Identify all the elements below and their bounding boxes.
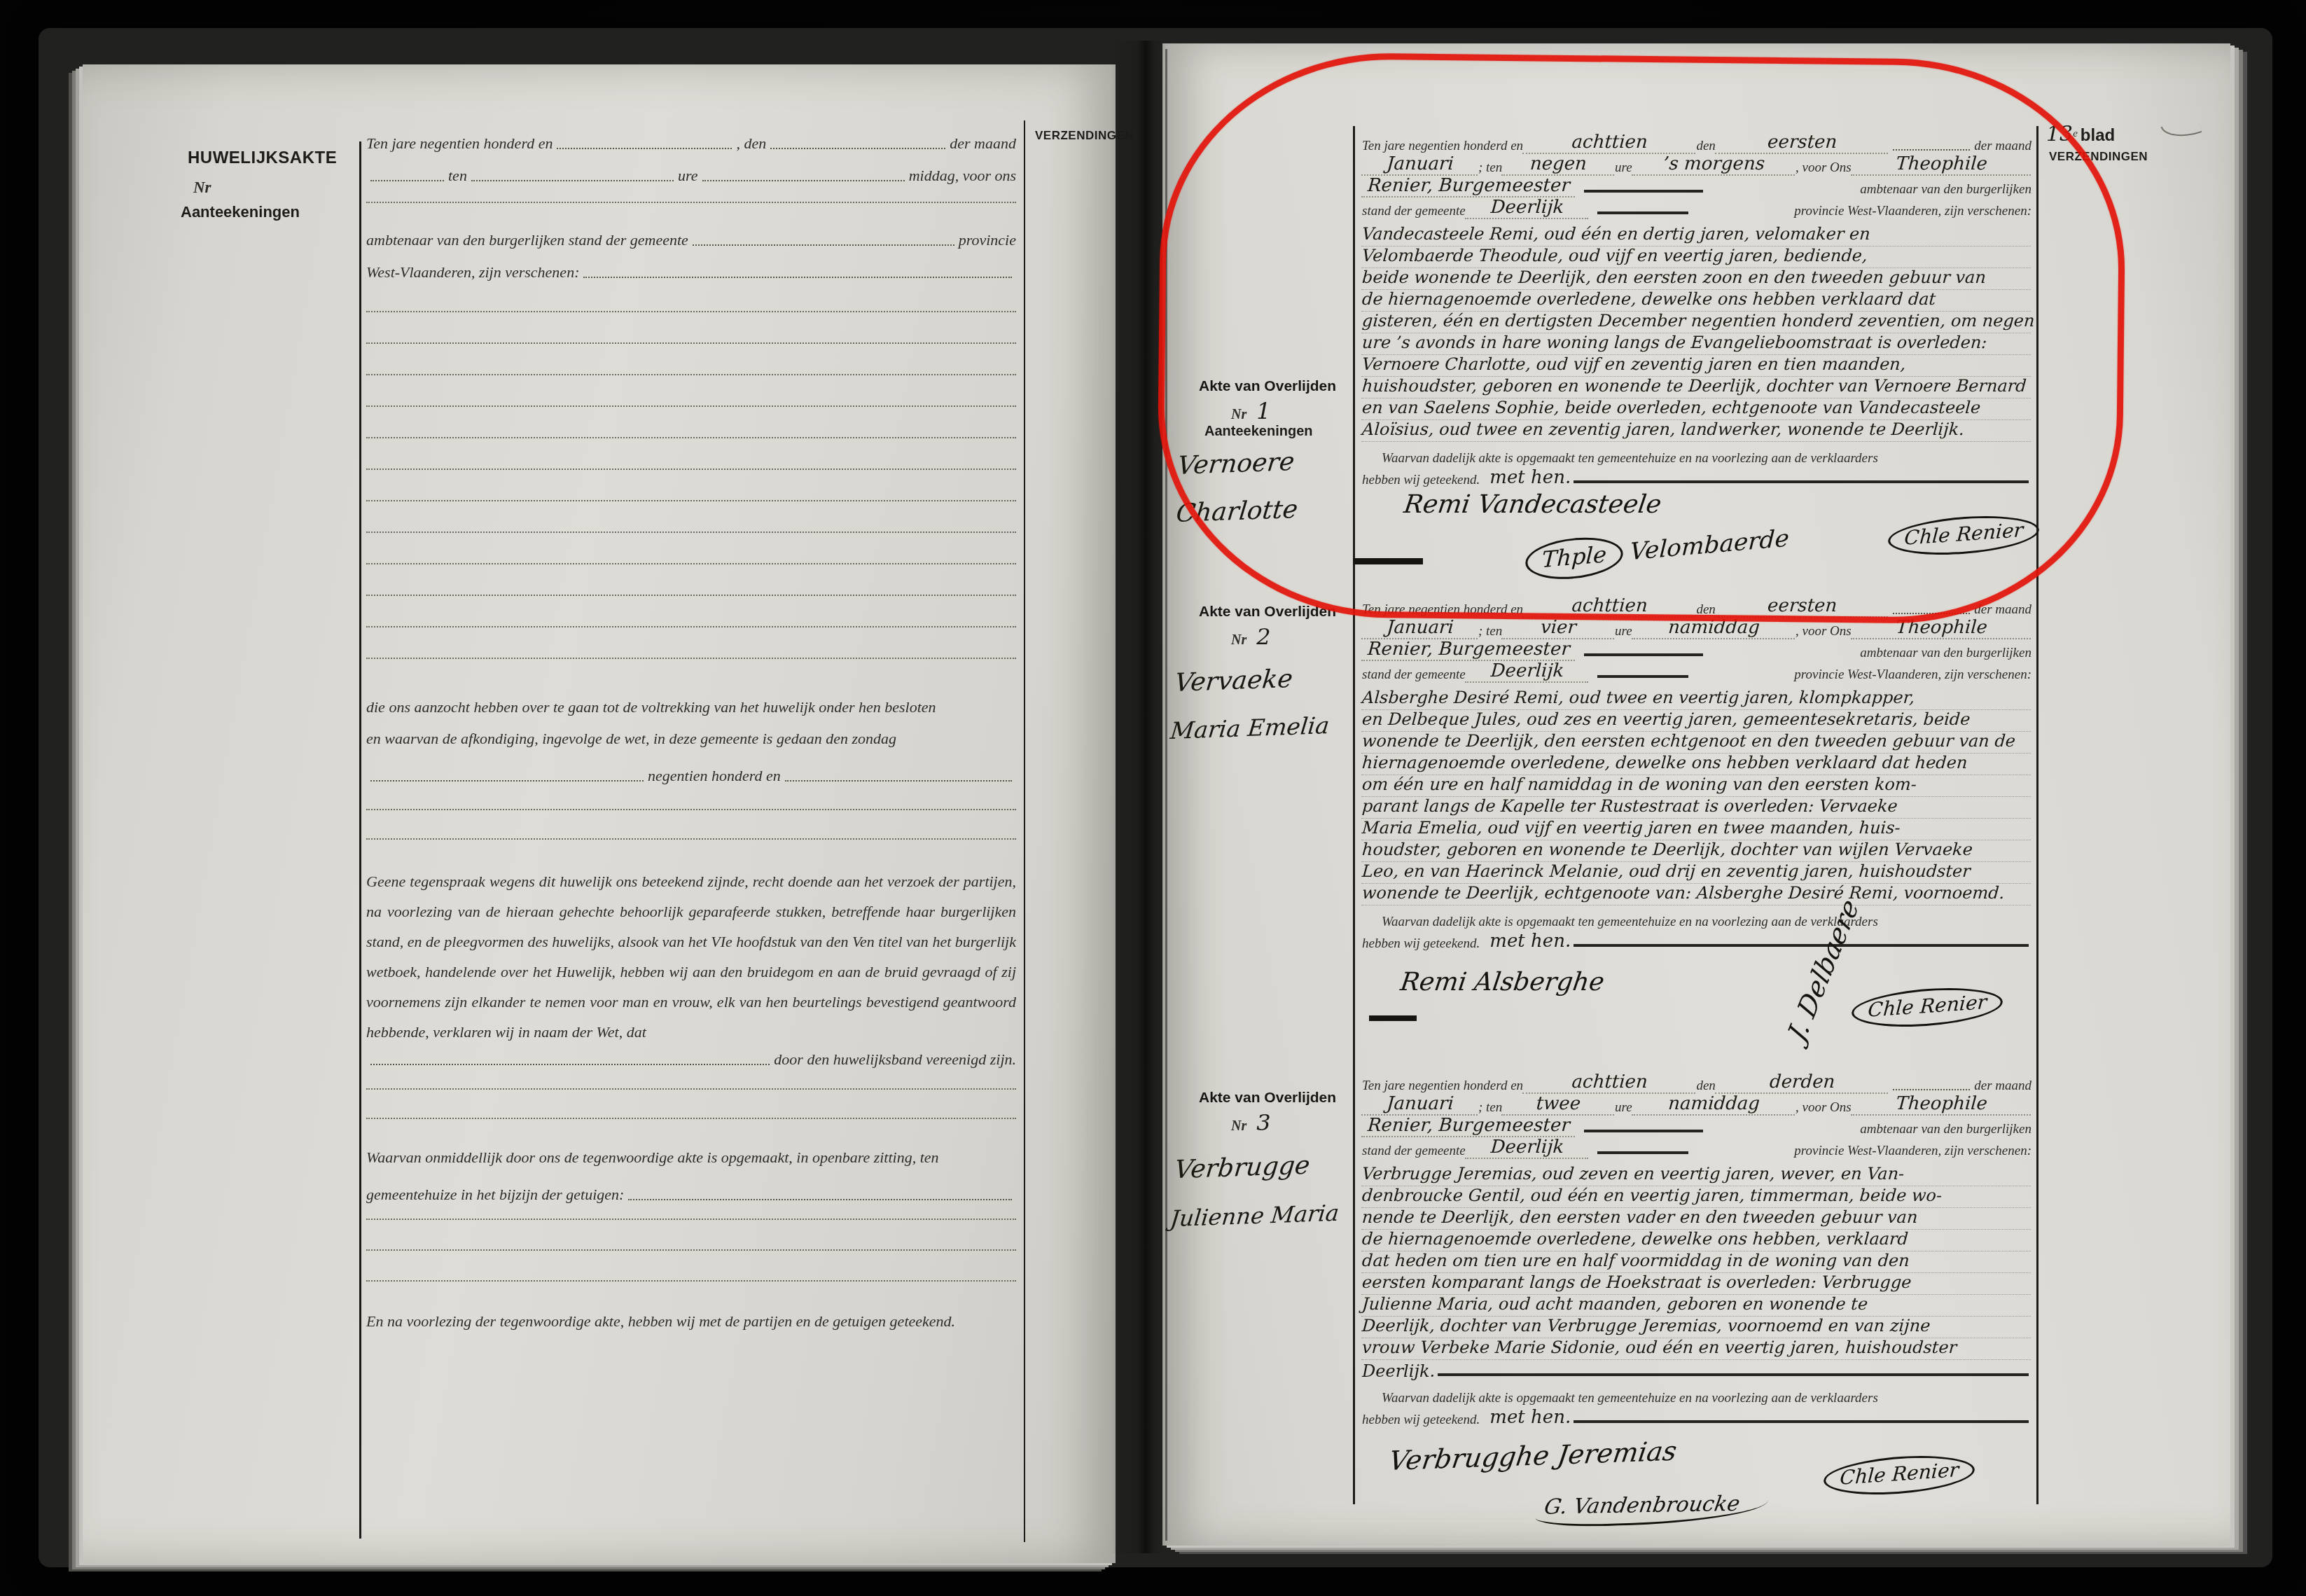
blank-line xyxy=(366,405,1016,407)
hw-body-line: denbroucke Gentil, oud één en veertig ja… xyxy=(1361,1186,2032,1208)
hw-body-line: Verbrugge Jeremias, oud zeven en veertig… xyxy=(1361,1164,2032,1186)
ink-strike xyxy=(1597,1151,1688,1154)
hw-body-line: Deerlijk. xyxy=(1362,1361,1435,1381)
nr-value: 3 xyxy=(1256,1109,1270,1136)
printed-text: ure xyxy=(1615,624,1632,639)
record-closing-line: Waarvan dadelijk akte is opgemaakt ten g… xyxy=(1362,1385,2031,1406)
printed-text: provincie West-Vlaanderen, zijn verschen… xyxy=(1794,667,2031,683)
nr-label: Nr xyxy=(1231,1118,1246,1134)
ink-strike xyxy=(1584,653,1703,656)
nr-value: 2 xyxy=(1256,623,1270,650)
record2-margin-name: Vervaeke xyxy=(1173,665,1293,698)
form-text: ten xyxy=(448,167,467,185)
sheet-number-word: blad xyxy=(2081,126,2115,145)
blank-field xyxy=(370,1064,770,1065)
printed-text: stand der gemeente xyxy=(1362,1144,1466,1159)
record3-margin-name: Julienne Maria xyxy=(1169,1200,1340,1232)
record2-margin-name: Maria Emelia xyxy=(1169,712,1331,744)
form-text: West-Vlaanderen, zijn verschenen: xyxy=(366,263,579,282)
hw-body-line: hiernagenoemde overledene, dewelke ons h… xyxy=(1361,753,2032,775)
form-text: middag, voor ons xyxy=(909,167,1016,185)
hw-official: Renier, Burgemeester xyxy=(1361,1115,1576,1137)
printed-text: ambtenaar van den burgerlijken xyxy=(1860,1122,2031,1137)
signature-declarant: Verbrugghe Jeremias xyxy=(1387,1436,1679,1476)
form-line-hour: ten ure middag, voor ons xyxy=(366,161,1016,185)
record-header-line: Januari ; ten vier ure namiddag , voor O… xyxy=(1362,618,2031,639)
hw-official: Renier, Burgemeester xyxy=(1361,639,1576,661)
hw-body-line: dat heden om tien ure en half voormiddag… xyxy=(1361,1251,2032,1273)
printed-text: Ten jare negentien honderd en xyxy=(1362,1078,1523,1094)
printed-text: Waarvan dadelijk akte is opgemaakt ten g… xyxy=(1362,1391,1878,1406)
hw-day: derden xyxy=(1715,1071,1890,1094)
form-text: , den xyxy=(736,134,766,153)
record-closing-line: hebben wij geteekend. met hen. xyxy=(1362,931,2031,952)
blank-line xyxy=(366,1118,1016,1119)
blank-field xyxy=(557,148,732,149)
ink-strike xyxy=(1584,1130,1703,1132)
ink-strike xyxy=(1597,675,1688,678)
printed-text: , voor Ons xyxy=(1796,1100,1852,1116)
hw-daypart: namiddag xyxy=(1632,1093,1796,1116)
printed-text: stand der gemeente xyxy=(1362,667,1466,683)
record3-margin-title: Akte van Overlijden xyxy=(1199,1090,1336,1106)
hw-body-line: Maria Emelia, oud vijf en veertig jaren … xyxy=(1361,818,2032,840)
deed-line: Waarvan onmiddellijk door ons de tegenwo… xyxy=(366,1149,1016,1167)
hw-hour: twee xyxy=(1501,1093,1616,1116)
hw-municipality: Deerlijk xyxy=(1465,660,1590,683)
hw-body-line: Alsberghe Desiré Remi, oud twee en veert… xyxy=(1361,688,2032,710)
signature-official: Chle Renier xyxy=(1850,984,2004,1032)
record-header-line: Ten jare negentien honderd en achttien d… xyxy=(1362,1073,2031,1094)
blank-field xyxy=(370,780,644,782)
form-text: door den huwelijksband vereenigd zijn. xyxy=(774,1050,1016,1069)
printed-text: ure xyxy=(1615,1100,1632,1116)
hw-body-line: de hiernagenoemde overledene, dewelke on… xyxy=(1361,1229,2032,1251)
verzendingen-divider-rule xyxy=(1024,120,1025,1542)
signature-official: Chle Renier xyxy=(1822,1452,1976,1499)
blank-field xyxy=(693,244,954,246)
form-line-date: Ten jare negentien honderd en , den der … xyxy=(366,129,1016,153)
blank-field xyxy=(770,148,945,149)
hw-hour: vier xyxy=(1501,617,1616,639)
blank-line xyxy=(366,563,1016,564)
blank-line xyxy=(366,500,1016,501)
form-text: ambtenaar van den burgerlijken stand der… xyxy=(366,231,688,249)
record-header-line: Renier, Burgemeester ambtenaar van den b… xyxy=(1362,640,2031,661)
blank-line xyxy=(366,1280,1016,1282)
marriage-annotations-label: Aanteekeningen xyxy=(181,203,300,221)
printed-text: ambtenaar van den burgerlijken xyxy=(1860,646,2031,661)
ink-strike xyxy=(1574,1420,2029,1423)
blank-line xyxy=(366,374,1016,375)
blank-field xyxy=(785,780,1012,782)
signature-declarant: G. Vandenbroucke xyxy=(1534,1491,1770,1527)
printed-text: Waarvan dadelijk akte is opgemaakt ten g… xyxy=(1362,915,1878,930)
scanned-register-photo: HUWELIJKSAKTE Nr Aanteekeningen VERZENDI… xyxy=(0,0,2306,1596)
printed-text: , voor Ons xyxy=(1796,624,1852,639)
hw-body-line: parant langs de Kapelle ter Rustestraat … xyxy=(1361,796,2032,819)
hw-body-line: nende te Deerlijk, den eersten vader en … xyxy=(1361,1207,2032,1230)
hw-body-line: wonende te Deerlijk, echtgenoote van: Al… xyxy=(1361,883,2032,905)
blank-field xyxy=(370,180,444,181)
blank-line xyxy=(366,1088,1016,1090)
hw-body-line: eersten komparant langs de Hoekstraat is… xyxy=(1361,1272,2032,1295)
form-text: negentien honderd en xyxy=(648,767,781,785)
left-page-marriage-form: HUWELIJKSAKTE Nr Aanteekeningen VERZENDI… xyxy=(83,64,1116,1563)
book-gutter xyxy=(1111,41,1167,1553)
hw-body-line: Julienne Maria, oud acht maanden, gebore… xyxy=(1361,1294,2032,1317)
record3-margin-name: Verbrugge xyxy=(1173,1151,1311,1185)
hw-body-line-with-rule: Deerlijk. xyxy=(1362,1359,2031,1381)
blank-line xyxy=(366,1249,1016,1251)
blank-line xyxy=(366,342,1016,344)
blank-line xyxy=(366,437,1016,438)
hw-met-hen: met hen. xyxy=(1489,1407,1571,1428)
blank-line xyxy=(366,595,1016,596)
death-record-3: Ten jare negentien honderd en achttien d… xyxy=(1362,1073,2031,1556)
hw-municipality: Deerlijk xyxy=(1465,1137,1590,1159)
hw-body-line: vrouw Verbeke Marie Sidonie, oud één en … xyxy=(1361,1338,2032,1360)
printed-text: hebben wij geteekend. xyxy=(1362,1413,1480,1428)
red-highlight-annotation xyxy=(1156,51,2127,625)
printed-text: ; ten xyxy=(1478,624,1502,639)
hw-body-line: om één ure en half namiddag in de woning… xyxy=(1361,775,2032,797)
record-header-line: stand der gemeente Deerlijk provincie We… xyxy=(1362,1138,2031,1159)
blank-field xyxy=(628,1199,1012,1200)
witnesses-line: gemeentehuize in het bijzijn der getuige… xyxy=(366,1180,1016,1204)
blank-line xyxy=(366,469,1016,470)
death-record-2: Ten jare negentien honderd en achttien d… xyxy=(1362,597,2031,1069)
pencil-mark xyxy=(2160,115,2202,144)
printed-text: der maand xyxy=(1974,1078,2031,1094)
printed-text: ; ten xyxy=(1478,1100,1502,1116)
form-text: ure xyxy=(678,167,698,185)
blank-line xyxy=(366,532,1016,533)
hw-body-line: Deerlijk, dochter van Verbrugge Jeremias… xyxy=(1361,1316,2032,1338)
closing-line: En na voorlezing der tegenwoordige akte,… xyxy=(366,1312,1016,1331)
margin-divider-rule xyxy=(359,141,361,1539)
hw-month: Januari xyxy=(1361,617,1479,639)
record-header-line: Januari ; ten twee ure namiddag , voor O… xyxy=(1362,1095,2031,1116)
hw-month: Januari xyxy=(1361,1093,1479,1116)
marriage-form-title: HUWELIJKSAKTE xyxy=(188,148,337,168)
signature-name: Chle Renier xyxy=(1822,1452,1976,1499)
nr-label: Nr xyxy=(1231,632,1246,648)
printed-text: den xyxy=(1696,1078,1715,1094)
record3-margin-nr: Nr 3 xyxy=(1231,1109,1271,1136)
banns-paragraph-line: die ons aanzocht hebben over te gaan tot… xyxy=(366,698,1016,716)
blank-line xyxy=(366,1219,1016,1220)
record-closing-line: hebben wij geteekend. met hen. xyxy=(1362,1407,2031,1428)
blank-line xyxy=(366,311,1016,312)
blank-field xyxy=(702,180,905,181)
hw-year: achttien xyxy=(1522,1071,1697,1094)
record-header-line: stand der gemeente Deerlijk provincie We… xyxy=(1362,662,2031,683)
blank-line xyxy=(366,809,1016,810)
hw-body-line: houdster, geboren en wonende te Deerlijk… xyxy=(1361,840,2032,862)
form-text: der maand xyxy=(950,134,1016,153)
blank-field xyxy=(471,180,674,181)
hw-body-line: wonende te Deerlijk, den eersten echtgen… xyxy=(1361,731,2032,754)
form-text: provincie xyxy=(959,231,1016,249)
signature-name: Chle Renier xyxy=(1850,984,2004,1032)
form-text: Ten jare negentien honderd en xyxy=(366,134,553,153)
hw-official: Theophile xyxy=(1851,1093,2033,1116)
blank-line xyxy=(366,838,1016,840)
banns-year-line: negentien honderd en xyxy=(366,761,1016,785)
banns-paragraph-line: en waarvan de afkondiging, ingevolge de … xyxy=(366,730,1016,748)
form-line-province: West-Vlaanderen, zijn verschenen: xyxy=(366,258,1016,282)
hw-body-line: en Delbeque Jules, oud zes en veertig ja… xyxy=(1361,709,2032,732)
record-closing-line: Waarvan dadelijk akte is opgemaakt ten g… xyxy=(1362,909,2031,930)
form-text: gemeentehuize in het bijzijn der getuige… xyxy=(366,1186,624,1204)
blank-field xyxy=(1893,1089,1970,1090)
ink-strike xyxy=(1438,1373,2029,1376)
hw-body-line: Leo, en van Haerinck Melanie, oud drij e… xyxy=(1361,861,2032,884)
hw-met-hen: met hen. xyxy=(1489,931,1571,952)
no-objection-paragraph: Geene tegenspraak wegens dit huwelijk on… xyxy=(366,866,1016,1047)
record-header-line: Renier, Burgemeester ambtenaar van den b… xyxy=(1362,1116,2031,1137)
blank-line xyxy=(366,626,1016,627)
printed-text: hebben wij geteekend. xyxy=(1362,936,1480,952)
blank-line xyxy=(366,658,1016,659)
record2-margin-nr: Nr 2 xyxy=(1231,623,1271,650)
blank-field xyxy=(583,277,1012,278)
blank-line xyxy=(366,202,1016,203)
marriage-nr-label: Nr xyxy=(193,179,211,197)
signature-declarant: Remi Alsberghe xyxy=(1398,968,1606,997)
ink-strike xyxy=(1574,944,2029,947)
printed-text: provincie West-Vlaanderen, zijn verschen… xyxy=(1794,1144,2031,1159)
form-line-official: ambtenaar van den burgerlijken stand der… xyxy=(366,225,1016,249)
united-line: door den huwelijksband vereenigd zijn. xyxy=(366,1045,1016,1069)
